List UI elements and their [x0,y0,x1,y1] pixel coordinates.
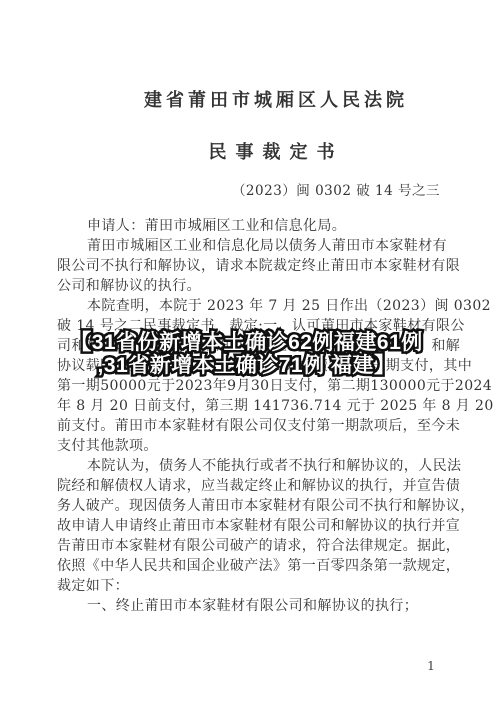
document-line: 依照《中华人民共和国企业破产法》第一百零四条第一款规定， [57,556,443,576]
headline-overlay-line1: 【31省份新增本土确诊62例福建61例 【31省份新增本土确诊62例福建61例 [0,331,500,354]
document-line: 公司和解协议的执行。 [57,276,443,296]
document-line: 本院查明，本院于 2023 年 7 月 25 日作出（2023）闽 0302 [57,296,443,316]
document-line: 年 8 月 20 日前支付，第三期 141736.714 元于 2025 年 8… [57,396,443,416]
headline-fill-text: 【31省份新增本土确诊62例福建61例 [70,331,423,354]
document-line: 务人破产。现因债务人莆田市本家鞋材有限公司不执行和解协议， [57,496,443,516]
document-line: 一、终止莆田市本家鞋材有限公司和解协议的执行； [57,596,443,616]
document-line: 告莆田市本家鞋材有限公司破产的请求，符合法律规定。据此， [57,536,443,556]
court-ruling-document-page: 建省莆田市城厢区人民法院 民事裁定书 （2023）闽 0302 破 14 号之三… [0,0,500,707]
headline-watermark-overlay: 【31省份新增本土确诊62例福建61例 【31省份新增本土确诊62例福建61例 … [0,331,500,377]
document-line: 本院认为，债务人不能执行或者不执行和解协议的，人民法 [57,456,443,476]
document-line: 院经和解债权人请求，应当裁定终止和解协议的执行，并宣告债 [57,476,443,496]
page-number: 1 [427,658,435,673]
document-line: 第一期50000元于2023年9月30日支付，第二期130000元于2024 [57,376,443,396]
document-body: 申请人：莆田市城厢区工业和信息化局。莆田市城厢区工业和信息化局以债务人莆田市本家… [57,216,443,616]
document-line: 限公司不执行和解协议，请求本院裁定终止莆田市本家鞋材有限 [57,256,443,276]
document-line: 莆田市城厢区工业和信息化局以债务人莆田市本家鞋材有 [57,236,443,256]
document-line: 故申请人申请终止莆田市本家鞋材有限公司和解协议的执行并宣 [57,516,443,536]
document-line: 裁定如下： [57,576,443,596]
document-line: 支付其他款项。 [57,436,443,456]
document-line: 前支付。莆田市本家鞋材有限公司仅支付第一期款项后，至今未 [57,416,443,436]
document-line: 申请人：莆田市城厢区工业和信息化局。 [57,216,443,236]
document-type-heading: 民事裁定书 [52,138,500,164]
headline-overlay-line2: ,31省新增本土确诊71例 福建】 ,31省新增本土确诊71例 福建】 [0,354,500,377]
headline-fill-text: ,31省新增本土确诊71例 福建】 [98,354,396,377]
case-number: （2023）闽 0302 破 14 号之三 [232,179,440,199]
court-name-heading: 建省莆田市城厢区人民法院 [52,86,500,112]
